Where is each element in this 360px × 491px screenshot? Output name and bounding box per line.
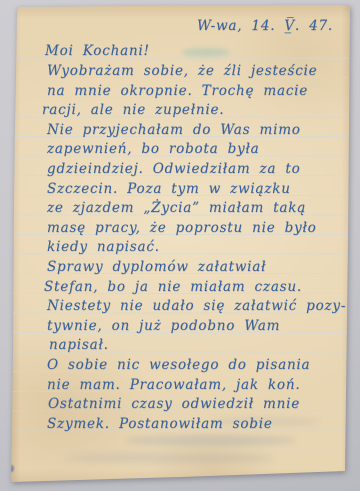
letter-line: ze zjazdem „Życia” miałam taką [47,196,346,216]
letter-line: Moi Kochani! [45,39,346,59]
letter-line: kiedy napisać. [47,235,346,255]
photo-background: W-wa, 14. V̲̅. 47. Moi Kochani!Wyobrażam… [0,0,360,491]
letter-line: masę pracy, że poprostu nie było [47,216,346,236]
letter-line: Ostatnimi czasy odwiedził mnie [48,392,346,412]
bleed-through-mark [65,453,275,463]
letter-line: na mnie okropnie. Trochę macie [47,79,346,99]
date-line: W-wa, 14. V̲̅. 47. [197,18,333,34]
letter-line: Nie przyjechałam do Was mimo [47,118,346,138]
letter-line: gdzieindziej. Odwiedziłam za to [47,157,346,177]
letter-line: napisał. [49,333,346,353]
letter-line: zapewnień, bo robota była [47,137,346,157]
letter-paper: W-wa, 14. V̲̅. 47. Moi Kochani!Wyobrażam… [10,5,350,483]
letter-line: Wyobrażam sobie, że źli jesteście [47,59,346,79]
letter-line: Stefan, bo ja nie miałam czasu. [44,275,346,295]
letter-line: Niestety nie udało się załatwić pozy- [47,294,346,314]
letter-line: Szymek. Postanowiłam sobie [47,412,346,432]
letter-line: racji, ale nie zupełnie. [42,98,346,118]
letter-line: Szczecin. Poza tym w związku [47,177,346,197]
ink-dot [9,465,14,472]
letter-line: tywnie, on już podobno Wam [47,314,346,334]
letter-line: nie mam. Pracowałam, jak koń. [47,372,346,392]
letter-body: Moi Kochani!Wyobrażam sobie, że źli jest… [47,39,346,431]
letter-line: O sobie nic wesołego do pisania [47,353,346,373]
letter-line: Sprawy dyplomów załatwiał [47,255,346,275]
